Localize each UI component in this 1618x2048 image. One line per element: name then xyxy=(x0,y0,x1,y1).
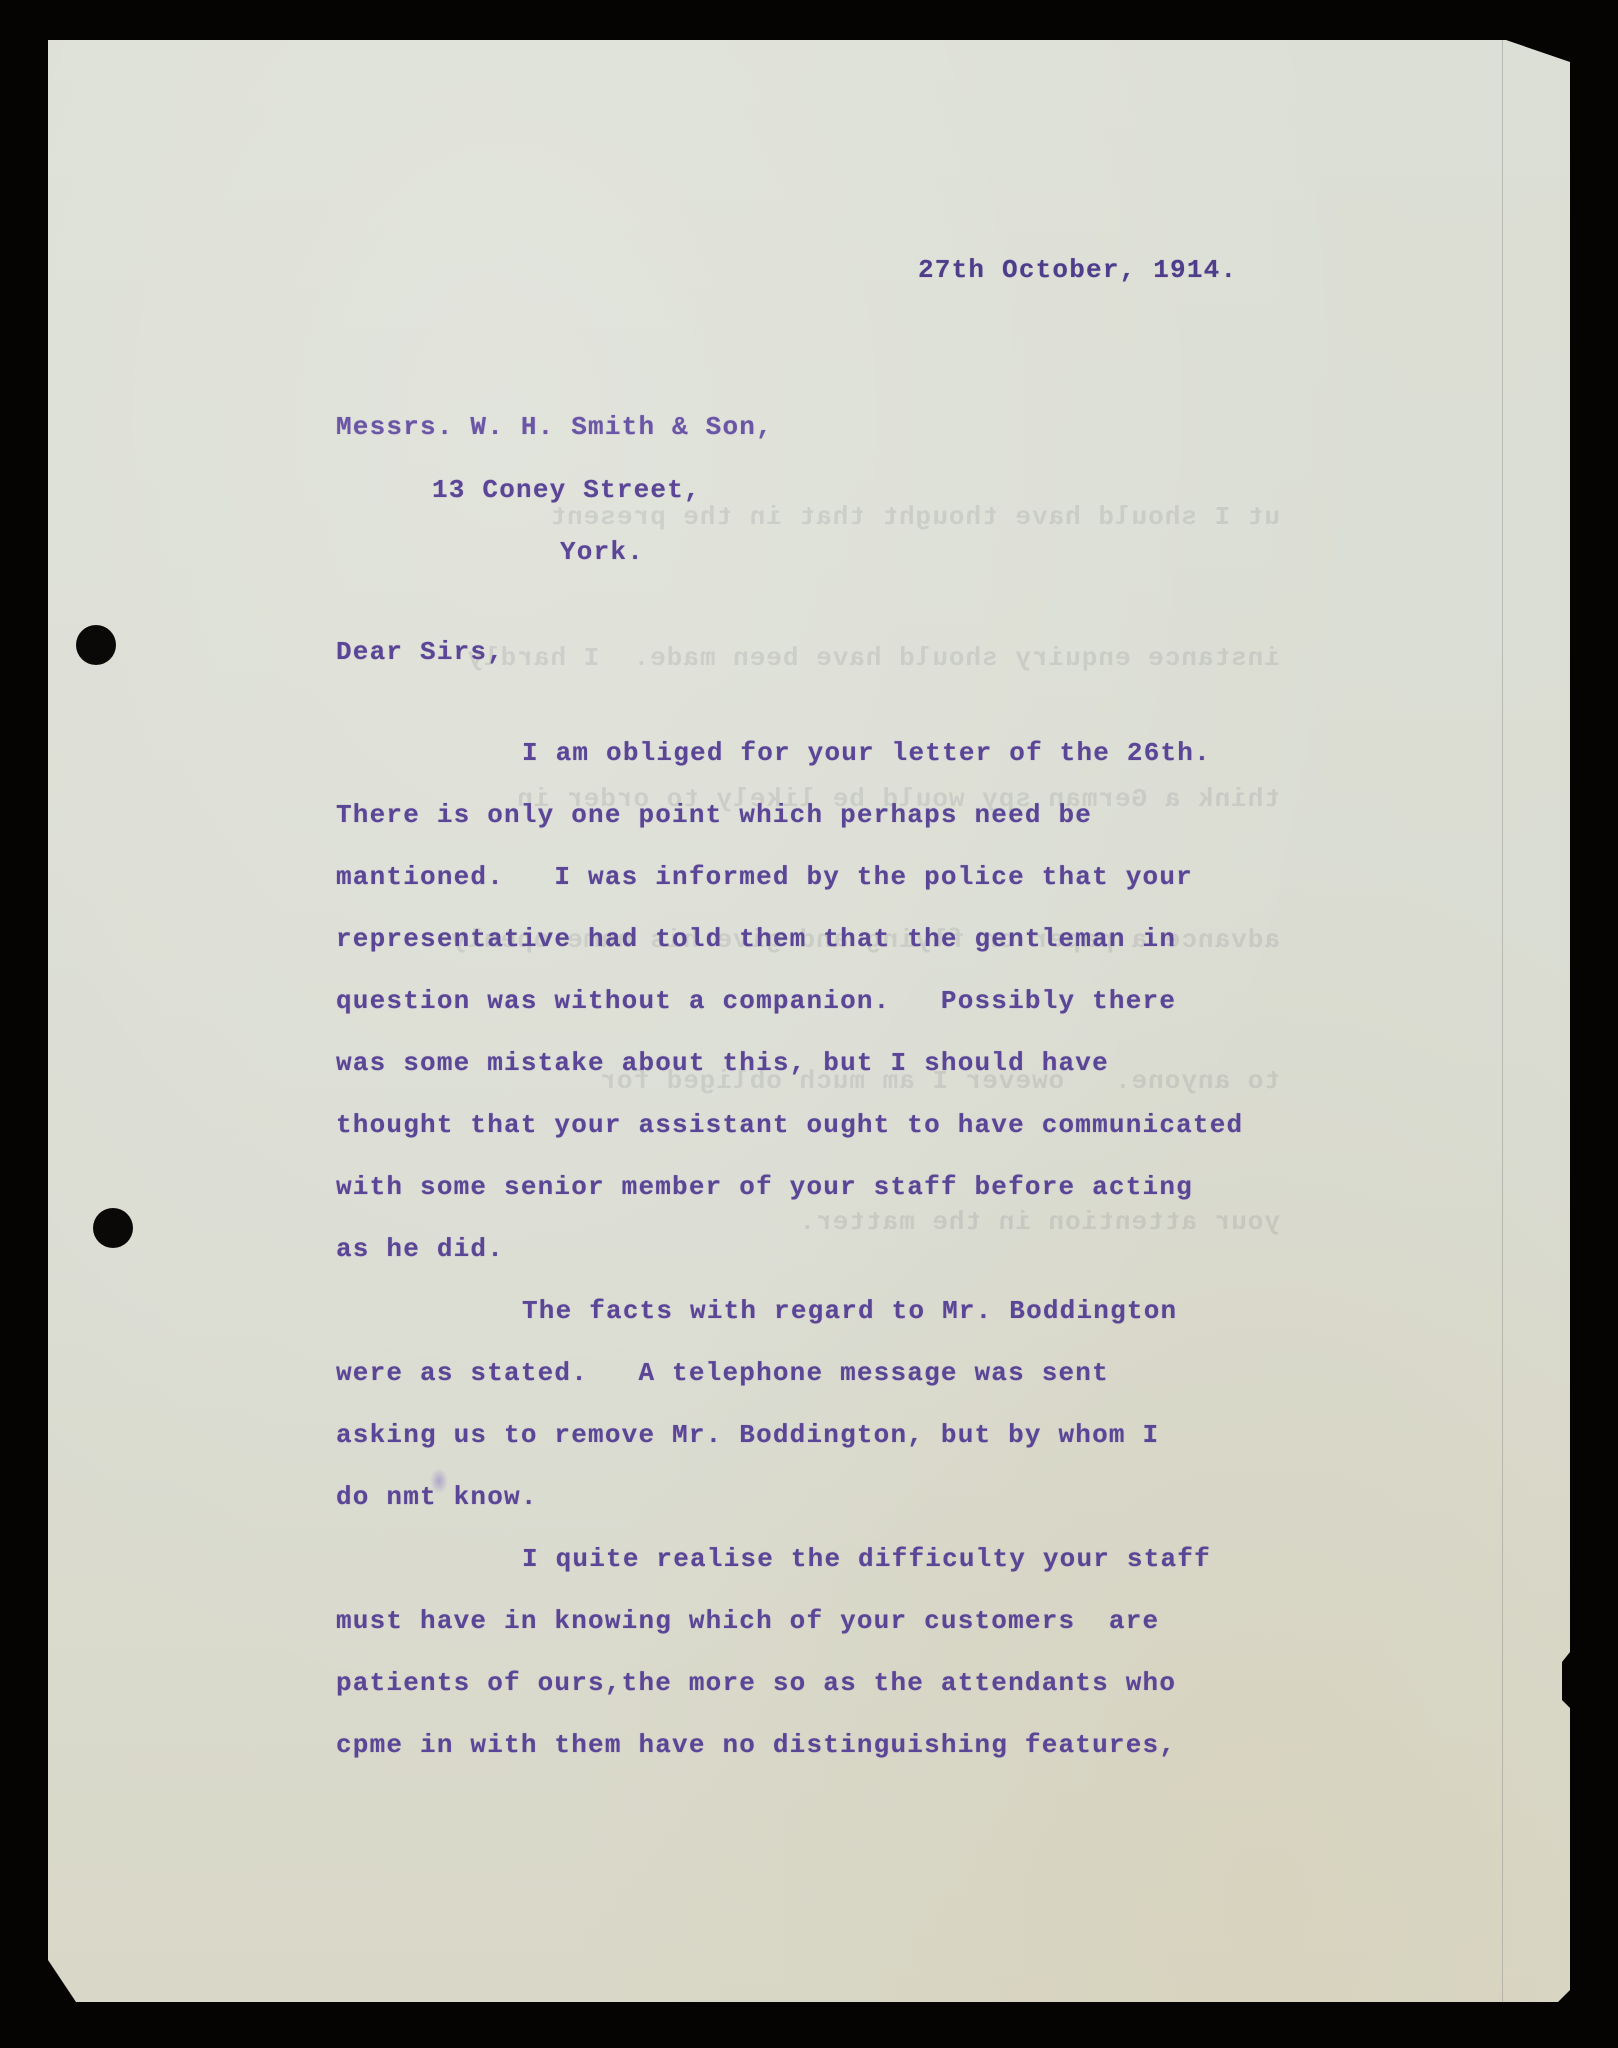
salutation: Dear Sirs, xyxy=(336,637,504,667)
body-line: with some senior member of your staff be… xyxy=(336,1172,1193,1202)
body-line: was some mistake about this, but I shoul… xyxy=(336,1048,1109,1078)
body-line: asking us to remove Mr. Boddington, but … xyxy=(336,1420,1159,1450)
body-line: patients of ours,the more so as the atte… xyxy=(336,1668,1176,1698)
body-line: I quite realise the difficulty your staf… xyxy=(336,1544,1211,1574)
body-line: The facts with regard to Mr. Boddington xyxy=(336,1296,1177,1326)
fold-crease xyxy=(1502,40,1503,2002)
body-line: question was without a companion. Possib… xyxy=(336,986,1176,1016)
recipient-city: York. xyxy=(560,537,644,567)
bleed-through-text: ut I should have thought that in the pre… xyxy=(320,400,1280,1293)
body-line: thought that your assistant ought to hav… xyxy=(336,1110,1243,1140)
body-line: as he did. xyxy=(336,1234,504,1264)
punch-hole-bottom xyxy=(93,1208,133,1248)
letter-date: 27th October, 1914. xyxy=(918,255,1237,285)
body-line: I am obliged for your letter of the 26th… xyxy=(336,738,1211,768)
body-line: were as stated. A telephone message was … xyxy=(336,1358,1109,1388)
body-line: mantioned. I was informed by the police … xyxy=(336,862,1193,892)
body-line: representative had told them that the ge… xyxy=(336,924,1176,954)
recipient-name: Messrs. W. H. Smith & Son, xyxy=(336,412,773,442)
ink-smudge xyxy=(430,1468,448,1494)
recipient-street: 13 Coney Street, xyxy=(432,475,701,505)
body-line: cpme in with them have no distinguishing… xyxy=(336,1730,1176,1760)
body-line: must have in knowing which of your custo… xyxy=(336,1606,1159,1636)
punch-hole-top xyxy=(76,625,116,665)
body-line: There is only one point which perhaps ne… xyxy=(336,800,1092,830)
